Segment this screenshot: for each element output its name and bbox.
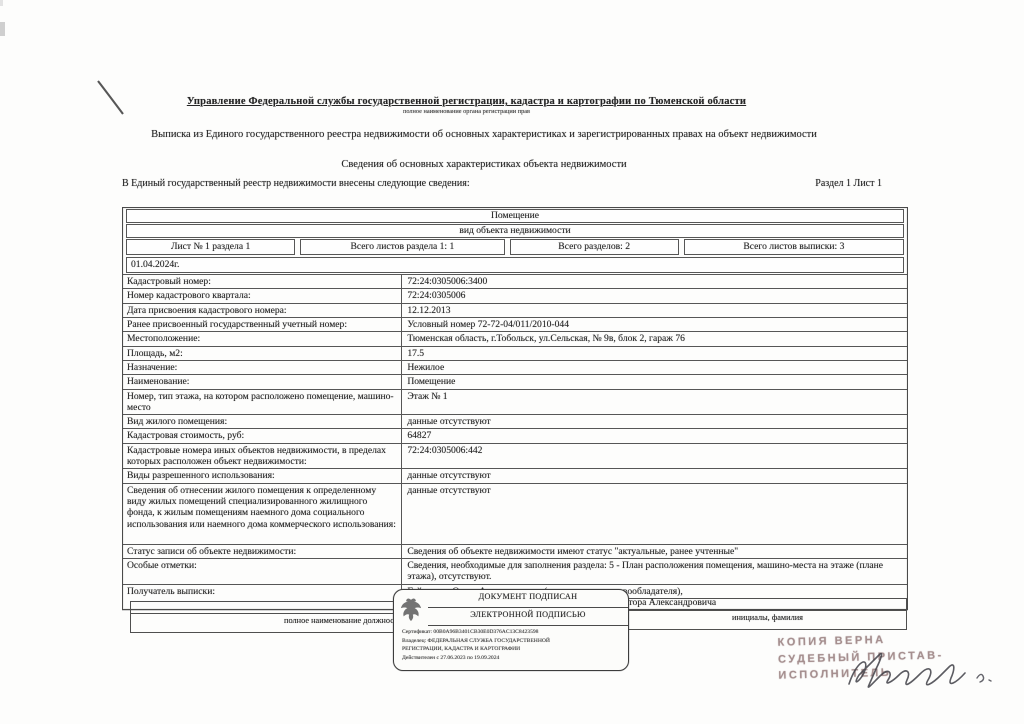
row-label: Наименование: bbox=[123, 375, 401, 388]
row-value: 12.12.2013 bbox=[401, 304, 907, 317]
authority-caption: полное наименование органа регистрации п… bbox=[122, 108, 811, 115]
table-row: Площадь, м2: 17.5 bbox=[123, 347, 907, 361]
total-sheets-extract-cell: Всего листов выписки: 3 bbox=[684, 239, 904, 255]
table-row: Кадастровые номера иных объектов недвижи… bbox=[123, 444, 907, 470]
section-sheet-ref: Раздел 1 Лист 1 bbox=[815, 178, 882, 189]
scanned-document-page: Управление Федеральной службы государств… bbox=[0, 0, 1024, 724]
row-label: Кадастровые номера иных объектов недвижи… bbox=[123, 444, 401, 469]
table-row: Статус записи об объекте недвижимости: С… bbox=[123, 545, 907, 559]
intro-line: В Единый государственный реестр недвижим… bbox=[122, 178, 470, 189]
row-label: Сведения об отнесении жилого помещения к… bbox=[123, 484, 401, 544]
table-row: Местоположение: Тюменская область, г.Тоб… bbox=[123, 332, 907, 346]
row-label: Ранее присвоенный государственный учетны… bbox=[123, 318, 401, 331]
name-caption: инициалы, фамилия bbox=[629, 611, 906, 629]
row-value: Помещение bbox=[401, 375, 907, 388]
table-row: Номер кадастрового квартала: 72:24:03050… bbox=[123, 289, 907, 303]
authority-title: Управление Федеральной службы государств… bbox=[122, 96, 811, 107]
signature-blank-cell bbox=[629, 599, 906, 611]
row-label: Номер кадастрового квартала: bbox=[123, 289, 401, 302]
row-value: 72:24:0305006:442 bbox=[401, 444, 907, 469]
row-value: 72:24:0305006 bbox=[401, 289, 907, 302]
row-label: Дата присвоения кадастрового номера: bbox=[123, 304, 401, 317]
scan-noise-mark bbox=[0, 22, 5, 36]
document-header: Управление Федеральной службы государств… bbox=[122, 96, 906, 189]
coat-of-arms-icon bbox=[394, 590, 428, 626]
total-sheets-section-cell: Всего листов раздела 1: 1 bbox=[300, 239, 504, 255]
attributes-grid: Кадастровый номер: 72:24:0305006:3400 Но… bbox=[123, 274, 907, 609]
total-sections-cell: Всего разделов: 2 bbox=[510, 239, 679, 255]
table-row: Наименование: Помещение bbox=[123, 375, 907, 389]
row-value: Условный номер 72-72-04/011/2010-044 bbox=[401, 318, 907, 331]
stamp-owner: Владелец: ФЕДЕРАЛЬНАЯ СЛУЖБА ГОСУДАРСТВЕ… bbox=[402, 637, 622, 646]
row-value: Сведения, необходимые для заполнения раз… bbox=[401, 559, 907, 584]
stamp-certificate: Сертификат: 00B0A96B3401CB30E0D376AC13C8… bbox=[402, 628, 622, 637]
row-value: Нежилое bbox=[401, 361, 907, 374]
row-label: Кадастровый номер: bbox=[123, 275, 401, 288]
table-row: Ранее присвоенный государственный учетны… bbox=[123, 318, 907, 332]
row-label: Кадастровая стоимость, руб: bbox=[123, 429, 401, 442]
section-title: Сведения об основных характеристиках объ… bbox=[122, 159, 846, 170]
row-label: Площадь, м2: bbox=[123, 347, 401, 360]
object-characteristics-table: Помещение вид объекта недвижимости Лист … bbox=[122, 207, 908, 610]
digital-signature-stamp: ДОКУМЕНТ ПОДПИСАН ЭЛЕКТРОННОЙ ПОДПИСЬЮ С… bbox=[393, 589, 629, 671]
handwritten-signature bbox=[845, 648, 1005, 694]
row-label: Виды разрешенного использования: bbox=[123, 469, 401, 482]
stamp-title-line1: ДОКУМЕНТ ПОДПИСАН bbox=[428, 590, 628, 608]
table-row: Сведения об отнесении жилого помещения к… bbox=[123, 484, 907, 545]
row-value: Тюменская область, г.Тобольск, ул.Сельск… bbox=[401, 332, 907, 345]
document-title: Выписка из Единого государственного реес… bbox=[122, 129, 846, 140]
row-label: Особые отметки: bbox=[123, 559, 401, 584]
table-row: Кадастровая стоимость, руб: 64827 bbox=[123, 429, 907, 443]
row-value: Этаж № 1 bbox=[401, 390, 907, 415]
name-caption-box: инициалы, фамилия bbox=[628, 598, 907, 630]
sheet-header-row: Лист № 1 раздела 1 Всего листов раздела … bbox=[126, 239, 904, 255]
table-row: Кадастровый номер: 72:24:0305006:3400 bbox=[123, 275, 907, 289]
stamp-title-line2: ЭЛЕКТРОННОЙ ПОДПИСЬЮ bbox=[428, 608, 628, 626]
row-label: Назначение: bbox=[123, 361, 401, 374]
row-label: Номер, тип этажа, на котором расположено… bbox=[123, 390, 401, 415]
scan-noise-mark bbox=[0, 0, 3, 6]
table-row: Виды разрешенного использования: данные … bbox=[123, 469, 907, 483]
stamp-owner-line2: РЕГИСТРАЦИИ, КАДАСТРА И КАРТОГРАФИИ bbox=[402, 645, 622, 654]
row-value: данные отсутствуют bbox=[401, 415, 907, 428]
table-row: Номер, тип этажа, на котором расположено… bbox=[123, 390, 907, 416]
table-row: Особые отметки: Сведения, необходимые дл… bbox=[123, 559, 907, 585]
row-value: данные отсутствуют bbox=[401, 484, 907, 544]
row-value: 17.5 bbox=[401, 347, 907, 360]
row-label: Статус записи об объекте недвижимости: bbox=[123, 545, 401, 558]
stamp-validity: Действителен с 27.06.2023 по 19.09.2024 bbox=[402, 654, 622, 663]
object-type-value: Помещение bbox=[126, 209, 904, 223]
table-row: Назначение: Нежилое bbox=[123, 361, 907, 375]
row-value: Сведения об объекте недвижимости имеют с… bbox=[401, 545, 907, 558]
row-value: данные отсутствуют bbox=[401, 469, 907, 482]
table-row: Дата присвоения кадастрового номера: 12.… bbox=[123, 304, 907, 318]
extract-date: 01.04.2024г. bbox=[126, 257, 904, 273]
row-value: 64827 bbox=[401, 429, 907, 442]
row-label: Местоположение: bbox=[123, 332, 401, 345]
row-value: 72:24:0305006:3400 bbox=[401, 275, 907, 288]
object-type-caption: вид объекта недвижимости bbox=[126, 224, 904, 238]
table-row: Вид жилого помещения: данные отсутствуют bbox=[123, 415, 907, 429]
sheet-number-cell: Лист № 1 раздела 1 bbox=[126, 239, 295, 255]
row-label: Вид жилого помещения: bbox=[123, 415, 401, 428]
